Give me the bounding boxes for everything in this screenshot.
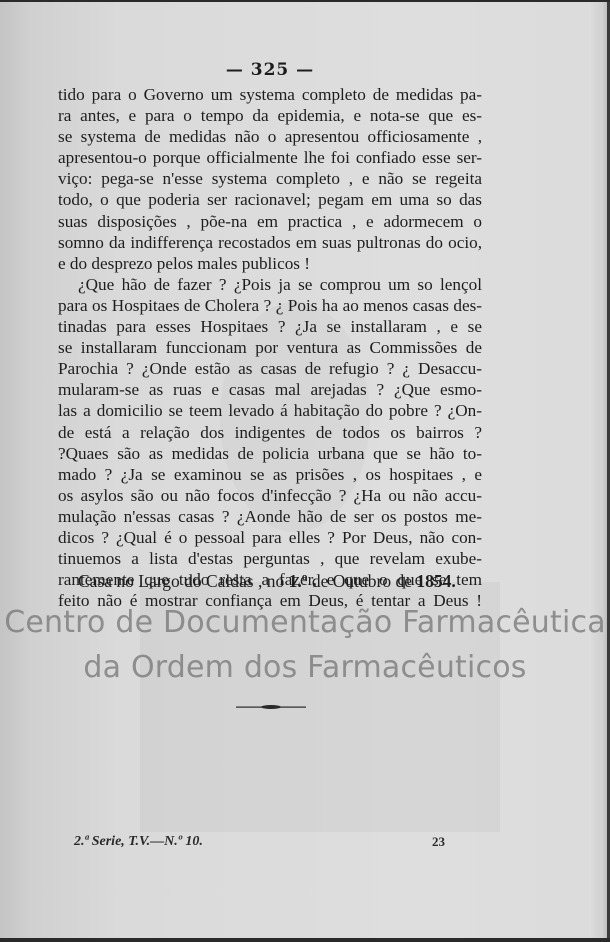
text-line: e do desprezo pelos males publicos ! <box>58 253 482 274</box>
page-number: — 325 — <box>0 60 540 80</box>
text-line: tido para o Governo um systema completo … <box>58 84 482 105</box>
signature-mark: 23 <box>432 834 445 850</box>
text-line: para os Hospitaes de Cholera ? ¿ Pois ha… <box>58 295 482 316</box>
text-line: apresentou-o porque officialmente lhe fo… <box>58 147 482 168</box>
text-line: mado ? ¿Ja se examinou se as prisões , o… <box>58 464 482 485</box>
text-line: se systema de medidas não o apresentou o… <box>58 126 482 147</box>
signature-date: de Outubro de <box>312 571 412 591</box>
text-line: tinuemos a lista d'estas perguntas , que… <box>58 548 482 569</box>
text-line: se installaram funccionam por ventura as… <box>58 337 482 358</box>
scanned-page: — 325 — tido para o Governo um systema c… <box>0 2 610 938</box>
signature-place: Casa no Largo do Caldas , no <box>78 571 284 591</box>
body-text: tido para o Governo um systema completo … <box>58 84 482 611</box>
series-footer: 2.ª Serie, T.V.—N.º 10. <box>74 834 203 850</box>
watermark-line-1: Centro de Documentação Farmacêutica <box>0 605 610 640</box>
signature-year: 1854. <box>416 571 455 591</box>
text-line: Parochia ? ¿Onde estão as casas de refug… <box>58 358 482 379</box>
text-line: somno da indifferença recostados em suas… <box>58 232 482 253</box>
text-line: todo, o que poderia ser racionavel; pega… <box>58 189 482 210</box>
text-line: ra antes, e para o tempo da epidemia, e … <box>58 105 482 126</box>
text-line: os asylos são ou não focos d'infecção ? … <box>58 485 482 506</box>
text-line: las a domicilio se teem levado á habitaç… <box>58 400 482 421</box>
signature-line: Casa no Largo do Caldas , no 1.º de Outu… <box>78 571 482 592</box>
text-line: de está a relação dos indigentes de todo… <box>58 422 482 443</box>
text-line: mulação n'essas casas ? ¿Aonde hão de se… <box>58 506 482 527</box>
paragraph-1: tido para o Governo um systema completo … <box>58 84 482 274</box>
signature-day: 1.º <box>289 571 308 591</box>
ornament-divider-icon <box>236 705 306 709</box>
text-line: tinadas para esses Hospitaes ? ¿Ja se in… <box>58 316 482 337</box>
text-line: viço: pega-se n'esse systema completo , … <box>58 168 482 189</box>
text-line: ?Quaes são as medidas de policia urbana … <box>58 443 482 464</box>
paragraph-2: ¿Que hão de fazer ? ¿Pois ja se comprou … <box>58 274 482 612</box>
text-line: mularam-se as ruas e casas mal arejadas … <box>58 379 482 400</box>
text-line: suas disposições , põe-na em practica , … <box>58 211 482 232</box>
text-line: dicos ? ¿Qual é o pessoal para elles ? P… <box>58 527 482 548</box>
text-line: ¿Que hão de fazer ? ¿Pois ja se comprou … <box>58 274 482 295</box>
watermark-line-2: da Ordem dos Farmacêuticos <box>0 650 610 685</box>
